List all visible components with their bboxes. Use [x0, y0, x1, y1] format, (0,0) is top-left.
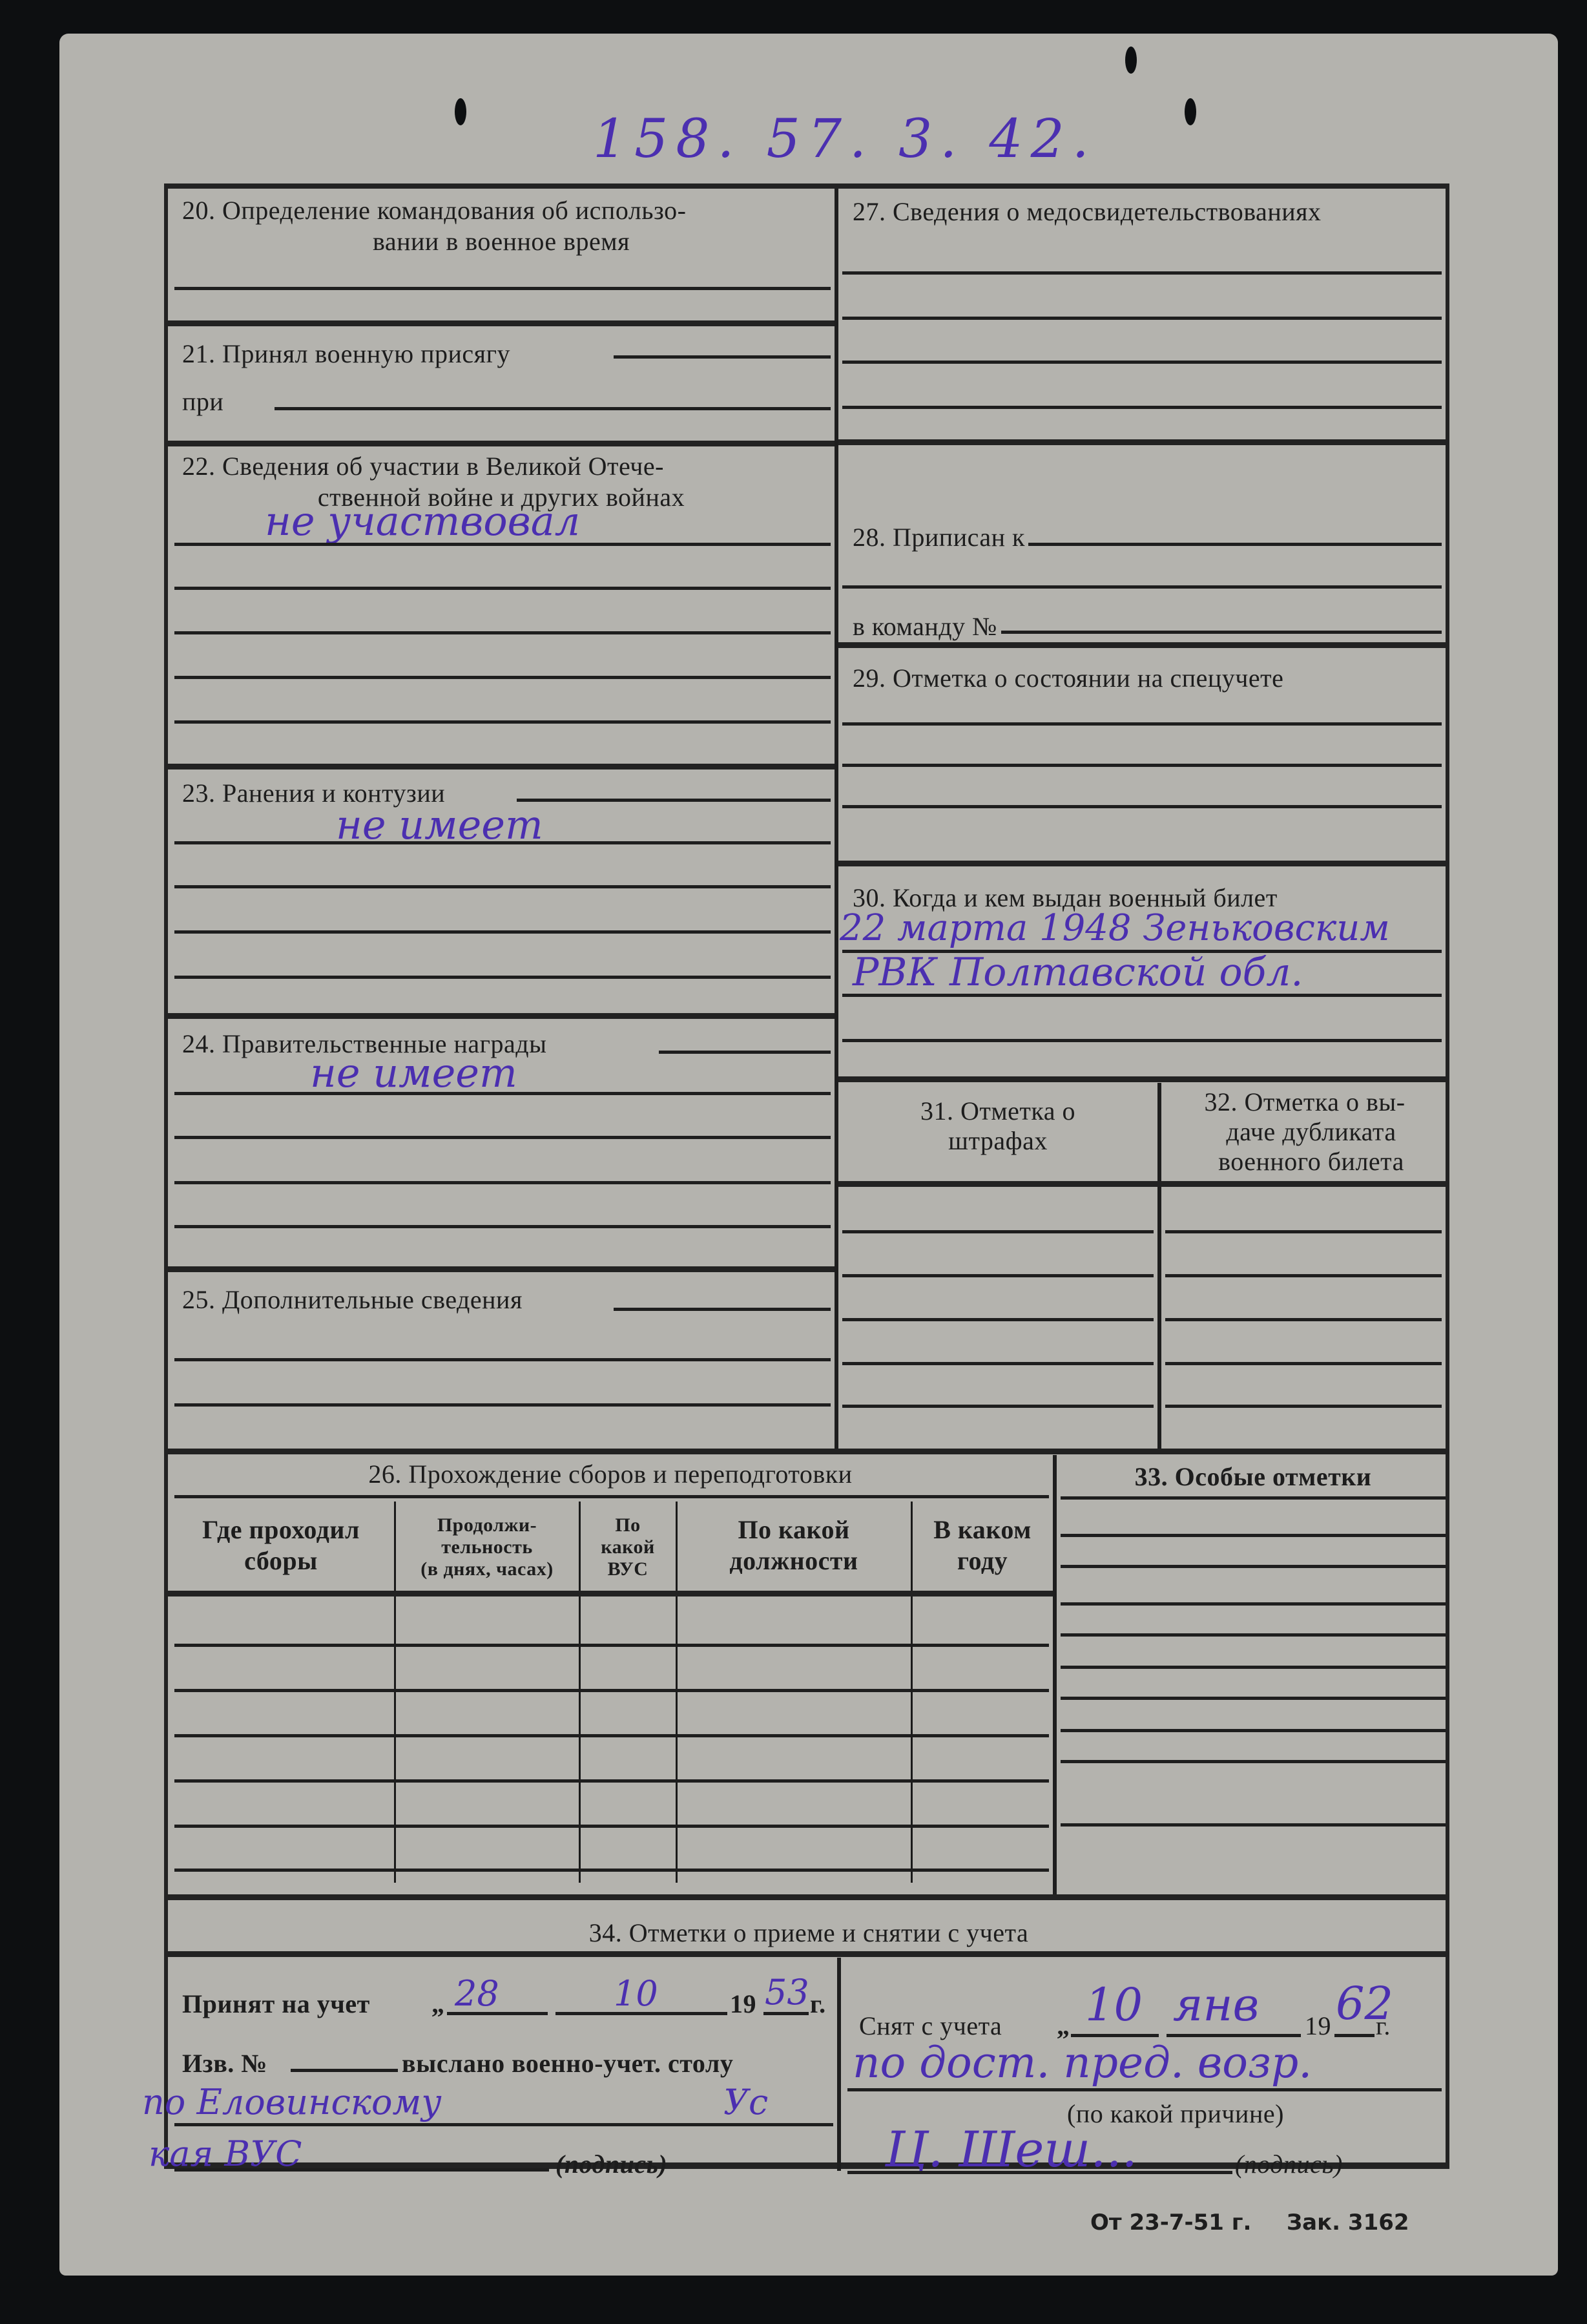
table-row[interactable] — [174, 1734, 1049, 1737]
sent-to-suffix: Ус — [723, 2082, 768, 2122]
section-23-input-line[interactable] — [174, 976, 831, 979]
section-33-input-line[interactable] — [1061, 1602, 1446, 1606]
section-29-input-line[interactable] — [842, 764, 1442, 767]
section-32-input-line[interactable] — [1165, 1230, 1442, 1233]
section-33-input-line[interactable] — [1061, 1823, 1446, 1827]
column-divider-26-33 — [1053, 1455, 1057, 1897]
punch-hole — [1125, 47, 1137, 74]
section-25-input-line[interactable] — [174, 1403, 831, 1407]
section-32-title-cont: военного билета — [1176, 1146, 1447, 1177]
print-date: От 23-7-51 г. — [1090, 2210, 1251, 2235]
removed-month-value: янв — [1173, 1978, 1259, 2031]
year-unit: г. — [810, 1989, 826, 2020]
section-24-input-line[interactable] — [174, 1181, 831, 1184]
divider — [838, 439, 1448, 445]
section-32-input-line[interactable] — [1165, 1405, 1442, 1408]
removal-reason-field[interactable] — [847, 2088, 1442, 2091]
section-23-input-line[interactable] — [174, 841, 831, 844]
section-34-title: 34. Отметки о приеме и снятии с учета — [168, 1918, 1449, 1949]
removed-year-field[interactable] — [1334, 2034, 1374, 2037]
section-32-title: 32. Отметка о вы- — [1163, 1087, 1447, 1118]
divider — [168, 1449, 1449, 1454]
sent-label: выслано военно-учет. столу — [402, 2048, 733, 2079]
section-28-input-line[interactable] — [842, 585, 1442, 589]
section-31-input-line[interactable] — [842, 1318, 1154, 1321]
removal-signature: Ц. Шеш... — [885, 2120, 1137, 2178]
section-24-value: не имеет — [310, 1049, 517, 1096]
section-32-input-line[interactable] — [1165, 1274, 1442, 1277]
section-30-value-line2: РВК Полтавской обл. — [853, 950, 1303, 995]
signature-caption: (подпись) — [1235, 2149, 1343, 2180]
quote-mark: „ — [1057, 2011, 1070, 2042]
column-divider-34 — [837, 1958, 841, 2171]
section-22-input-line[interactable] — [174, 676, 831, 679]
divider — [168, 320, 835, 326]
accepted-month-value: 10 — [614, 1973, 658, 2014]
section-23-input-line[interactable] — [174, 930, 831, 934]
section-21-input-line[interactable] — [614, 355, 831, 359]
section-31-input-line[interactable] — [842, 1230, 1154, 1233]
table-row[interactable] — [174, 1689, 1049, 1692]
removed-label: Снят с учета — [859, 2011, 1002, 2042]
section-31-input-line[interactable] — [842, 1405, 1154, 1408]
section-24-input-line[interactable] — [174, 1092, 831, 1095]
section-22-title: 22. Сведения об участии в Великой Отече- — [182, 451, 664, 482]
notice-label: Изв. № — [182, 2048, 267, 2079]
column-divider — [835, 189, 838, 1452]
form-grid: 20. Определение командования об использо… — [164, 183, 1449, 2169]
quote-mark: „ — [431, 1989, 445, 2020]
section-32-input-line[interactable] — [1165, 1318, 1442, 1321]
section-33-input-line[interactable] — [1061, 1565, 1446, 1568]
section-22-input-line[interactable] — [174, 543, 831, 546]
section-28-sub: в команду № — [853, 611, 997, 642]
accepted-year-value: 53 — [765, 1972, 809, 2013]
section-30-input-line[interactable] — [842, 994, 1442, 997]
accepted-label: Принят на учет — [182, 1989, 370, 2020]
section-30-value-line1: 22 марта 1948 Зеньковским — [840, 907, 1390, 949]
notice-number-field[interactable] — [291, 2069, 398, 2072]
section-25-title: 25. Дополнительные сведения — [182, 1284, 523, 1315]
accepted-year-prefix: 19 — [730, 1989, 756, 2020]
divider — [168, 441, 835, 446]
signature-caption: (подпись) — [555, 2149, 667, 2180]
divider — [838, 1076, 1448, 1082]
table-row[interactable] — [174, 1644, 1049, 1647]
section-22-input-line[interactable] — [174, 631, 831, 634]
section-33-title: 33. Особые отметки — [1057, 1461, 1449, 1492]
section-31-title: 31. Отметка о — [840, 1096, 1156, 1127]
section-24-input-line[interactable] — [174, 1136, 831, 1139]
section-27-input-line[interactable] — [842, 361, 1442, 364]
removed-year-prefix: 19 — [1305, 2011, 1331, 2042]
table-row[interactable] — [174, 1779, 1049, 1783]
section-33-input-line[interactable] — [1061, 1534, 1446, 1537]
section-23-input-line[interactable] — [174, 885, 831, 888]
removed-day-value: 10 — [1085, 1978, 1143, 2031]
divider — [838, 1181, 1448, 1187]
section-27-title: 27. Сведения о медосвидетельствованиях — [853, 196, 1322, 227]
section-20-title-cont: вании в военное время — [168, 226, 835, 257]
section-21-sub-input-line[interactable] — [275, 407, 831, 410]
divider — [168, 1013, 835, 1019]
section-33-input-line[interactable] — [1061, 1697, 1446, 1700]
archive-reference-number: 158. 57. 3. 42. — [593, 109, 1097, 170]
section-25-input-line[interactable] — [614, 1308, 831, 1311]
col-duration-header: Продолжи-тельность(в днях, часах) — [395, 1514, 579, 1580]
section-21-sub: при — [182, 386, 223, 417]
section-21-title: 21. Принял военную присягу — [182, 339, 510, 370]
divider — [838, 642, 1448, 648]
divider — [168, 1894, 1449, 1900]
removed-day-field[interactable] — [1071, 2034, 1159, 2037]
divider — [174, 1495, 1049, 1498]
divider — [168, 1951, 1449, 1957]
table-row[interactable] — [174, 1825, 1049, 1828]
section-31-title-cont: штрафах — [840, 1125, 1156, 1157]
col-where-header: Где проходилсборы — [168, 1514, 394, 1576]
accepted-day-value: 28 — [455, 1973, 499, 2014]
sent-to-value: по Еловинскому — [142, 2082, 442, 2122]
order-number: Зак. 3162 — [1287, 2210, 1409, 2235]
section-24-input-line[interactable] — [659, 1051, 831, 1054]
section-28-input-line[interactable] — [1028, 543, 1442, 546]
section-20-title: 20. Определение командования об использо… — [182, 195, 686, 226]
divider — [168, 1591, 1053, 1596]
section-27-input-line[interactable] — [842, 406, 1442, 409]
section-22-input-line[interactable] — [174, 587, 831, 590]
section-20-input-line[interactable] — [174, 287, 831, 290]
section-22-input-line[interactable] — [174, 720, 831, 724]
section-30-input-line[interactable] — [842, 1039, 1442, 1042]
punch-hole — [1185, 98, 1196, 125]
section-27-input-line[interactable] — [842, 271, 1442, 275]
section-22-value: не участвовал — [265, 497, 580, 545]
signature-field[interactable] — [174, 2168, 549, 2172]
section-23-input-line[interactable] — [517, 799, 831, 802]
section-33-input-line[interactable] — [1061, 1729, 1446, 1732]
removal-reason-value: по дост. пред. возр. — [853, 2038, 1312, 2088]
punch-hole — [455, 98, 466, 125]
year-unit: г. — [1376, 2011, 1391, 2042]
section-33-input-line[interactable] — [1061, 1666, 1446, 1669]
section-31-input-line[interactable] — [842, 1274, 1154, 1277]
sent-to-field[interactable] — [174, 2123, 833, 2126]
col-vus-header: ПокакойВУС — [580, 1514, 676, 1580]
removed-month-field[interactable] — [1167, 2034, 1301, 2037]
section-29-title: 29. Отметка о состоянии на спецучете — [853, 663, 1283, 694]
section-33-input-line[interactable] — [1061, 1633, 1446, 1637]
section-27-input-line[interactable] — [842, 317, 1442, 320]
section-33-input-line[interactable] — [1061, 1496, 1446, 1500]
section-32-input-line[interactable] — [1165, 1362, 1442, 1365]
divider — [168, 764, 835, 769]
section-31-input-line[interactable] — [842, 1362, 1154, 1365]
col-year-header: В какомгоду — [912, 1514, 1053, 1576]
section-32-title-cont: даче дубликата — [1176, 1116, 1447, 1147]
section-28-command-input-line[interactable] — [1001, 631, 1442, 634]
section-33-input-line[interactable] — [1061, 1760, 1446, 1763]
section-29-input-line[interactable] — [842, 805, 1442, 808]
column-divider-31-32 — [1157, 1083, 1161, 1452]
section-28-title: 28. Приписан к — [853, 522, 1025, 553]
table-row[interactable] — [174, 1869, 1049, 1872]
section-25-input-line[interactable] — [174, 1358, 831, 1361]
col-position-header: По какойдолжности — [677, 1514, 911, 1576]
divider — [838, 861, 1448, 866]
divider — [168, 1266, 835, 1272]
section-26-title: 26. Прохождение сборов и переподготовки — [168, 1459, 1053, 1490]
section-29-input-line[interactable] — [842, 722, 1442, 726]
section-24-input-line[interactable] — [174, 1225, 831, 1228]
signature-field[interactable] — [847, 2171, 1232, 2174]
